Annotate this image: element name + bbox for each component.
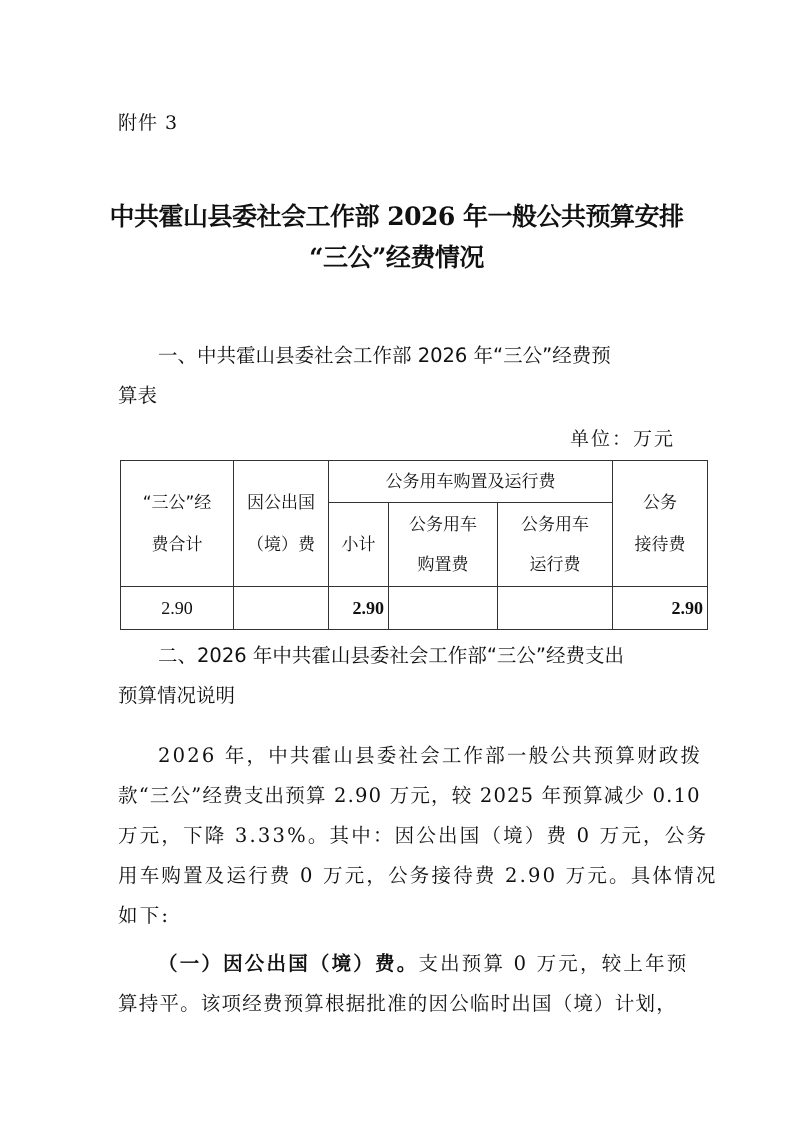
three-public-budget-table: “三公”经 费合计 因公出国 （境）费 公务用车购置及运行费 公务 接待费 小计… bbox=[120, 460, 708, 630]
cell-total: 2.90 bbox=[121, 587, 234, 630]
paragraph-line: 用车购置及运行费 0 万元，公务接待费 2.90 万元。具体情况 bbox=[118, 860, 718, 888]
header-vehicle-purchase-line1: 公务用车 bbox=[389, 505, 497, 545]
document-title-line2: “三公”经费情况 bbox=[0, 238, 793, 274]
header-total-line2: 费合计 bbox=[121, 524, 233, 566]
header-vehicle-group: 公务用车购置及运行费 bbox=[329, 461, 613, 503]
cell-reception: 2.90 bbox=[613, 587, 708, 630]
cell-abroad bbox=[234, 587, 329, 630]
header-total-line1: “三公”经 bbox=[121, 482, 233, 524]
header-abroad: 因公出国 （境）费 bbox=[234, 461, 329, 587]
header-vehicle-operation: 公务用车 运行费 bbox=[498, 503, 613, 587]
header-reception: 公务 接待费 bbox=[613, 461, 708, 587]
header-reception-line2: 接待费 bbox=[613, 524, 707, 566]
section2-heading-line1: 二、2026 年中共霍山县委社会工作部“三公”经费支出 bbox=[158, 640, 624, 668]
header-vehicle-purchase-line2: 购置费 bbox=[389, 545, 497, 585]
attachment-label: 附件 3 bbox=[118, 108, 178, 135]
header-vehicle-operation-line2: 运行费 bbox=[498, 545, 612, 585]
cell-vehicle-subtotal: 2.90 bbox=[329, 587, 389, 630]
header-total: “三公”经 费合计 bbox=[121, 461, 234, 587]
section1-heading-line2: 算表 bbox=[118, 380, 157, 408]
paragraph-line: 如下: bbox=[118, 900, 170, 928]
item1-line1: （一）因公出国（境）费。支出预算 0 万元，较上年预 bbox=[158, 948, 689, 976]
unit-label: 单位：万元 bbox=[570, 424, 675, 451]
item1-text: 支出预算 0 万元，较上年预 bbox=[418, 952, 688, 975]
header-abroad-line2: （境）费 bbox=[234, 524, 328, 566]
document-title-line1: 中共霍山县委社会工作部 2026 年一般公共预算安排 bbox=[0, 197, 793, 233]
header-vehicle-subtotal: 小计 bbox=[329, 503, 389, 587]
header-abroad-line1: 因公出国 bbox=[234, 482, 328, 524]
item1-line2: 算持平。该项经费预算根据批准的因公临时出国（境）计划， bbox=[118, 988, 677, 1016]
table-row: 2.90 2.90 2.90 bbox=[121, 587, 708, 630]
section2-heading-line2: 预算情况说明 bbox=[118, 680, 235, 708]
cell-vehicle-purchase bbox=[389, 587, 498, 630]
header-vehicle-purchase: 公务用车 购置费 bbox=[389, 503, 498, 587]
section1-heading-line1: 一、中共霍山县委社会工作部 2026 年“三公”经费预 bbox=[158, 340, 611, 368]
paragraph-line: 2026 年，中共霍山县委社会工作部一般公共预算财政拨 bbox=[158, 740, 702, 768]
paragraph-line: 万元，下降 3.33%。其中：因公出国（境）费 0 万元，公务 bbox=[118, 820, 708, 848]
item1-label: （一）因公出国（境）费。 bbox=[158, 952, 418, 975]
header-vehicle-operation-line1: 公务用车 bbox=[498, 505, 612, 545]
cell-vehicle-operation bbox=[498, 587, 613, 630]
paragraph-line: 款“三公”经费支出预算 2.90 万元，较 2025 年预算减少 0.10 bbox=[118, 780, 701, 808]
header-reception-line1: 公务 bbox=[613, 482, 707, 524]
